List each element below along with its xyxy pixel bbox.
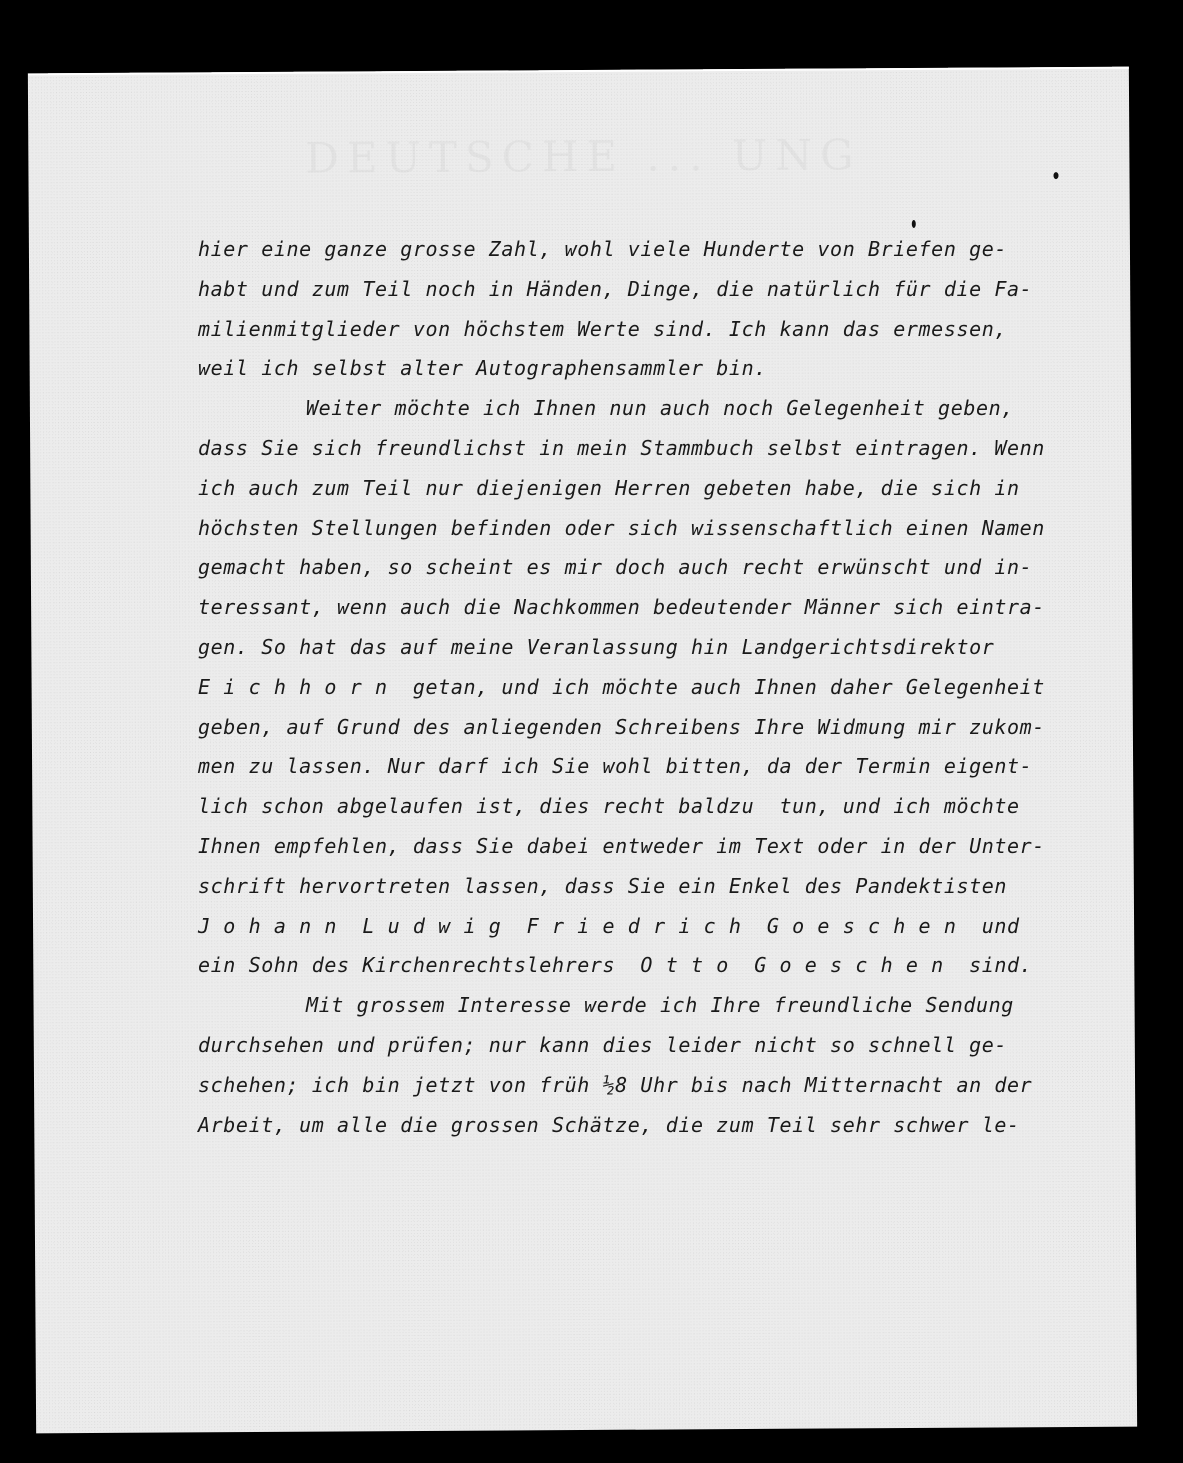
text-line: hier eine ganze grosse Zahl, wohl viele … (198, 230, 1088, 270)
text-line: Ihnen empfehlen, dass Sie dabei entweder… (198, 827, 1088, 867)
text-line: gen. So hat das auf meine Veranlassung h… (198, 628, 1088, 668)
text-line: höchsten Stellungen befinden oder sich w… (198, 509, 1088, 549)
letter-body: hier eine ganze grosse Zahl, wohl viele … (198, 230, 1088, 1145)
text-line: gemacht haben, so scheint es mir doch au… (198, 548, 1088, 588)
text-line: schrift hervortreten lassen, dass Sie ei… (198, 867, 1088, 907)
text-line: Arbeit, um alle die grossen Schätze, die… (198, 1106, 1088, 1146)
text-line: schehen; ich bin jetzt von früh ½8 Uhr b… (198, 1066, 1088, 1106)
text-line: J o h a n n L u d w i g F r i e d r i c … (198, 907, 1088, 947)
text-line: habt und zum Teil noch in Händen, Dinge,… (198, 270, 1088, 310)
text-line: teressant, wenn auch die Nachkommen bede… (198, 588, 1088, 628)
text-line: geben, auf Grund des anliegenden Schreib… (198, 708, 1088, 748)
text-line: dass Sie sich freundlichst in mein Stamm… (198, 429, 1088, 469)
text-line: lich schon abgelaufen ist, dies recht ba… (198, 787, 1088, 827)
text-line: Weiter möchte ich Ihnen nun auch noch Ge… (198, 389, 1088, 429)
text-line: ein Sohn des Kirchenrechtslehrers O t t … (198, 946, 1088, 986)
text-line: E i c h h o r n getan, und ich möchte au… (198, 668, 1088, 708)
text-line: ich auch zum Teil nur diejenigen Herren … (198, 469, 1088, 509)
ink-speck (912, 220, 916, 228)
text-line: durchsehen und prüfen; nur kann dies lei… (198, 1026, 1088, 1066)
text-line: Mit grossem Interesse werde ich Ihre fre… (198, 986, 1088, 1026)
text-line: weil ich selbst alter Autographensammler… (198, 349, 1088, 389)
ink-speck (1053, 172, 1058, 179)
letterhead-watermark: DEUTSCHE ... UNG (233, 130, 933, 183)
text-line: milienmitglieder von höchstem Werte sind… (198, 310, 1088, 350)
text-line: men zu lassen. Nur darf ich Sie wohl bit… (198, 747, 1088, 787)
